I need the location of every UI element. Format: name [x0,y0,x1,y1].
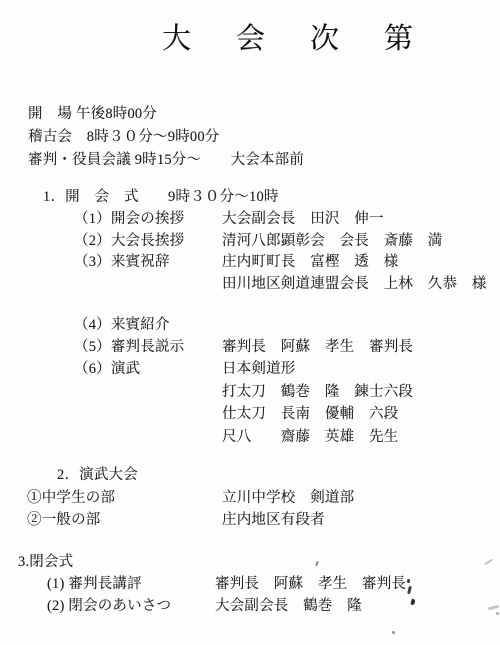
embu-item-value: 立川中学校 剣道部 [222,489,354,507]
scan-artifact [407,586,411,594]
opening-item-label: （4）来賓紹介 [74,316,170,334]
opening-item-label: （2）大会長挨拶 [74,232,184,250]
opening-item-value: 日本剣道形 [222,360,296,378]
scan-artifact [496,612,499,615]
schedule-practice: 稽古会 8時３０分～9時00分 [28,128,220,146]
closing-item-label: (2) 閉会のあいさつ [47,597,171,615]
embu-item-value: 庄内地区有段者 [222,511,325,529]
opening-item-label: （1）開会の挨拶 [74,210,184,228]
opening-item-value: 仕太刀 長南 優輔 六段 [222,405,398,423]
opening-item-value: 庄内町町長 富樫 透 様 [222,253,398,271]
schedule-referee-meeting: 審判・役員会議 9時15分～ 大会本部前 [28,151,304,169]
section-embu-heading: 2．演武大会 [57,466,138,484]
embu-item-label: ①中学生の部 [27,489,115,507]
scan-artifact [392,631,395,634]
section-opening-heading: 1．開 会 式 9時３０分～10時 [43,188,279,206]
schedule-doors-open: 開 場 午後8時00分 [28,105,157,123]
scan-artifact [488,605,499,610]
closing-item-value: 審判長 阿蘇 孝生 審判長 [215,575,406,593]
opening-item-label: （5）審判長説示 [74,338,184,356]
scan-artifact [410,599,416,606]
scan-artifact [484,559,493,565]
section-closing-heading: 3.閉会式 [18,553,73,571]
opening-item-value: 尺八 齋藤 英雄 先生 [222,428,398,446]
embu-item-label: ②一般の部 [27,511,101,529]
scan-artifact [315,561,318,566]
scan-artifact [407,579,410,583]
opening-item-label: （6）演武 [74,360,140,378]
opening-item-value: 田川地区剣道連盟会長 上林 久恭 様 [222,275,487,293]
closing-item-value: 大会副会長 鶴巻 隆 [215,597,362,615]
document-title: 大 会 次 第 [162,16,421,57]
opening-item-label: （3）来賓祝辞 [74,253,170,271]
opening-item-value: 大会副会長 田沢 伸一 [222,210,384,228]
document-page: 大 会 次 第 開 場 午後8時00分 稽古会 8時３０分～9時00分 審判・役… [0,0,500,645]
opening-item-value: 打太刀 鶴巻 隆 錬士六段 [222,383,413,401]
closing-item-label: (1) 審判長講評 [47,575,142,593]
opening-item-value: 清河八郎顕彰会 会長 斎藤 満 [222,232,443,250]
opening-item-value: 審判長 阿蘇 孝生 審判長 [222,338,413,356]
